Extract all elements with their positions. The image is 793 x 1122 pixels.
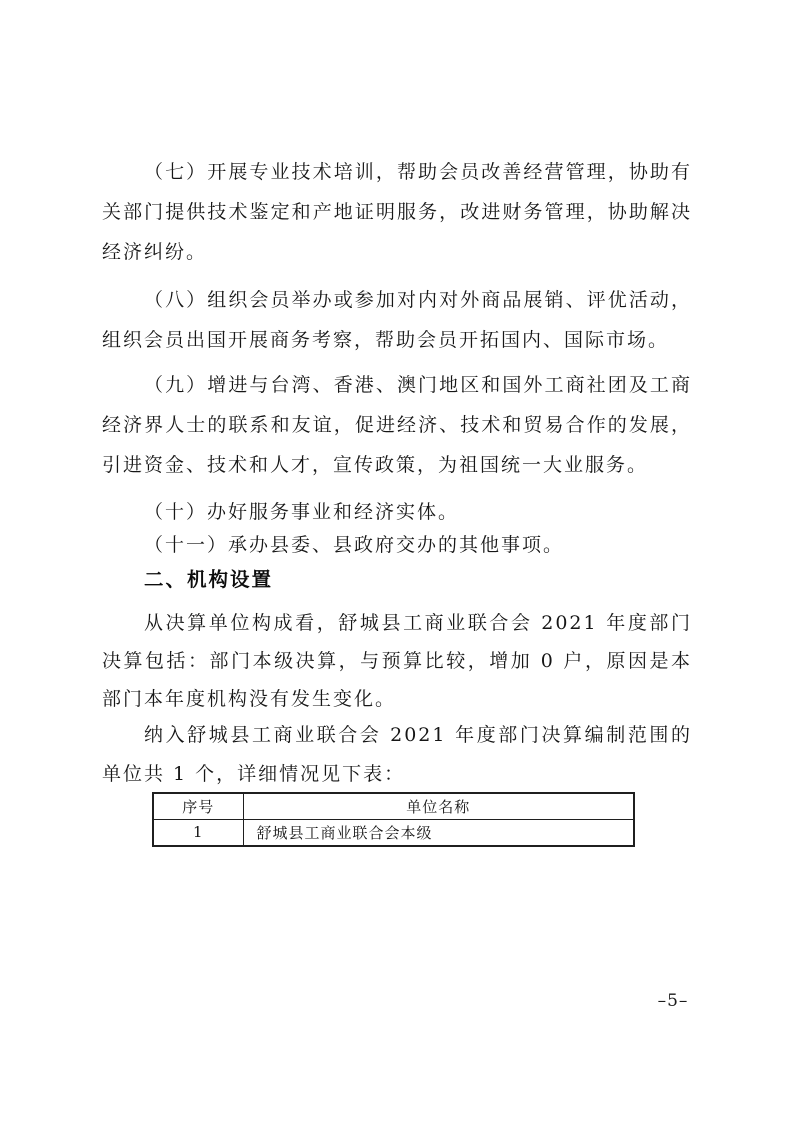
document-page: （七）开展专业技术培训，帮助会员改善经营管理，协助有关部门提供技术鉴定和产地证明… — [0, 0, 793, 1122]
page-number: –5– — [640, 991, 706, 1012]
paragraph-duty-seven: （七）开展专业技术培训，帮助会员改善经营管理，协助有关部门提供技术鉴定和产地证明… — [102, 152, 692, 272]
col-header-unit-name: 单位名称 — [243, 793, 634, 819]
paragraph-compilation-scope: 纳入舒城县工商业联合会 2021 年度部门决算编制范围的单位共 1 个，详细情况… — [102, 716, 692, 794]
paragraph-duty-nine: （九）增进与台湾、香港、澳门地区和国外工商社团及工商经济界人士的联系和友谊，促进… — [102, 365, 692, 485]
section-heading-org-setup: 二、机构设置 — [102, 563, 692, 597]
units-table-row: 1 舒城县工商业联合会本级 — [153, 819, 634, 846]
units-table: 序号 单位名称 1 舒城县工商业联合会本级 — [152, 792, 635, 847]
paragraph-duty-eleven: （十一）承办县委、县政府交办的其他事项。 — [102, 528, 692, 562]
paragraph-duty-eight: （八）组织会员举办或参加对内对外商品展销、评优活动，组织会员出国开展商务考察，帮… — [102, 280, 692, 360]
units-table-header-row: 序号 单位名称 — [153, 793, 634, 819]
paragraph-duty-ten: （十）办好服务事业和经济实体。 — [102, 495, 692, 529]
paragraph-unit-composition: 从决算单位构成看，舒城县工商业联合会 2021 年度部门决算包括：部门本级决算，… — [102, 604, 692, 718]
col-header-index: 序号 — [153, 793, 243, 819]
cell-unit-name: 舒城县工商业联合会本级 — [243, 819, 634, 846]
cell-row-index: 1 — [153, 819, 243, 846]
